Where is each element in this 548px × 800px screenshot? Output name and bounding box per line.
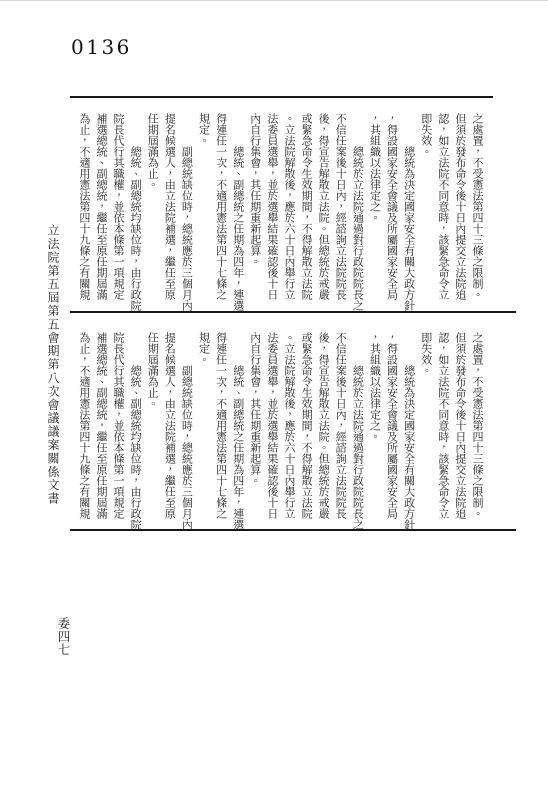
article-text-column: 為止，不適用憲法第四十九條之有關規 [76,113,93,313]
article-text-column: 總統於立法院通過對行政院院長之 [349,332,366,532]
article-text-column: 院長代行其職權，並依本條第一項規定 [110,332,127,532]
article-text-column: 即失效。 [418,332,435,532]
table-rule-middle [70,311,516,313]
article-text-column: 規定。 [195,332,212,532]
article-text-column: 之處置，不受憲法第四十三條之限制。 [469,332,486,532]
article-text-column: ，得設國家安全會議及所屬國家安全局 [383,113,400,313]
article-text-column: 總統於立法院通過對行政院院長之 [349,113,366,313]
article-text-column: ，其組織以法律定之。 [366,332,383,532]
article-text-column: 或緊急命令生效期間，不得解散立法院 [298,113,315,313]
article-text-column: 不信任案後十日內，經諮詢立法院院長 [332,113,349,313]
article-text-column: 補選總統、副總統，繼任至原任期屆滿 [93,113,110,313]
article-text-column: 不信任案後十日內，經諮詢立法院院長 [332,332,349,532]
article-text-column: 認，如立法院不同意時，該緊急命令立 [435,113,452,313]
article-text-column: 補選總統、副總統，繼任至原任期屆滿 [93,332,110,532]
article-text-column: ，其組織以法律定之。 [366,113,383,313]
article-text-column: 認，如立法院不同意時，該緊急命令立 [435,332,452,532]
article-text-column: 得連任一次，不適用憲法第四十七條之 [213,113,230,313]
article-text-column: 副總統缺位時，總統應於三個月內 [178,332,195,532]
article-text-column: 即失效。 [418,113,435,313]
article-text-column: 內自行集會，其任期重新起算。 [247,113,264,313]
article-text-column: 總統、副總統之任期為四年，連選 [230,113,247,313]
article-text-column: 。立法院解散後，應於六十日內舉行立 [281,113,298,313]
article-text-column: 副總統缺位時，總統應於三個月內 [178,113,195,313]
article-text-column: ，得設國家安全會議及所屬國家安全局 [383,332,400,532]
article-text-column: 法委員選舉，並於選舉結果確認後十日 [264,113,281,313]
table-rule-top [70,96,493,98]
lower-article-text-block: 之處置，不受憲法第四十三條之限制。但須於發布命令後十日內提交立法院追認，如立法院… [76,332,486,532]
article-text-column: 規定。 [195,113,212,313]
article-text-column: 後，得宣告解散立法院。但總統於戒嚴 [315,332,332,532]
page-stamp-number: 0136 [71,35,132,59]
upper-article-text-block: 之處置，不受憲法第四十三條之限制。但須於發布命令後十日內提交立法院追認，如立法院… [76,113,486,313]
table-rule-bottom [70,529,516,531]
article-text-column: 但須於發布命令後十日內提交立法院追 [452,332,469,532]
page-number-label: 委四七 [54,617,72,656]
article-text-column: 總統為決定國家安全有關大政方針 [401,332,418,532]
article-text-column: 總統、副總統均缺位時，由行政院 [127,113,144,313]
article-text-column: 之處置，不受憲法第四十三條之限制。 [469,113,486,313]
article-text-column: 總統為決定國家安全有關大政方針 [401,113,418,313]
article-text-column: 或緊急命令生效期間，不得解散立法院 [298,332,315,532]
article-text-column: 內自行集會，其任期重新起算。 [247,332,264,532]
article-text-column: 但須於發布命令後十日內提交立法院追 [452,113,469,313]
article-text-column: 任期屆滿為止。 [144,332,161,532]
article-text-column: 任期屆滿為止。 [144,113,161,313]
scanned-document-page: 0136 之處置，不受憲法第四十三條之限制。但須於發布命令後十日內提交立法院追認… [0,0,548,800]
article-text-column: 法委員選舉，並於選舉結果確認後十日 [264,332,281,532]
article-text-column: 提名候選人，由立法院補選，繼任至原 [161,332,178,532]
article-text-column: 總統、副總統均缺位時，由行政院 [127,332,144,532]
article-text-column: 。立法院解散後，應於六十日內舉行立 [281,332,298,532]
session-margin-label: 立法院第五屆第五會期第八次會議議案關係文書 [45,224,62,499]
article-text-column: 總統、副總統之任期為四年，連選 [230,332,247,532]
article-text-column: 提名候選人，由立法院補選，繼任至原 [161,113,178,313]
article-text-column: 院長代行其職權，並依本條第一項規定 [110,113,127,313]
article-text-column: 為止，不適用憲法第四十九條之有關規 [76,332,93,532]
article-text-column: 後，得宣告解散立法院。但總統於戒嚴 [315,113,332,313]
article-text-column: 得連任一次，不適用憲法第四十七條之 [213,332,230,532]
